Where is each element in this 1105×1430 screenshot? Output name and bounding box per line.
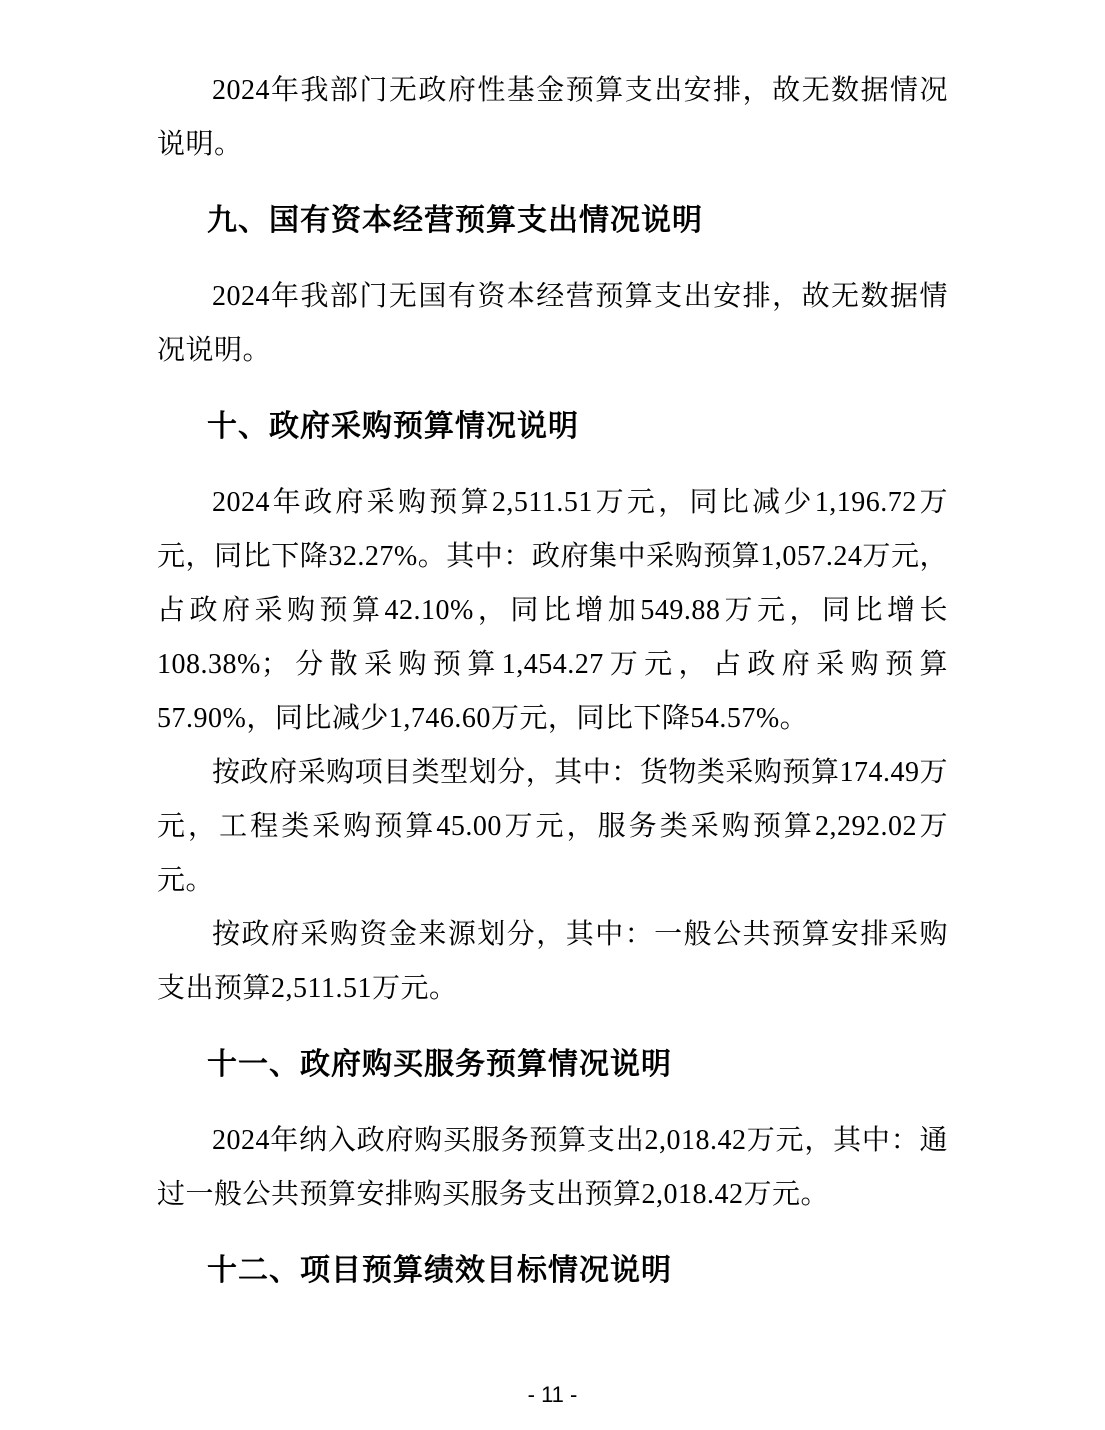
document-content: 2024年我部门无政府性基金预算支出安排，故无数据情况说明。 九、国有资本经营预… <box>157 64 948 1320</box>
paragraph-procurement-totals: 2024年政府采购预算2,511.51万元，同比减少1,196.72万元，同比下… <box>157 476 948 746</box>
section-heading-11-purchased-services: 十一、政府购买服务预算情况说明 <box>157 1038 948 1092</box>
page-number: - 11 - <box>528 1382 578 1407</box>
paragraph-procurement-by-fund-source: 按政府采购资金来源划分，其中：一般公共预算安排采购支出预算2,511.51万元。 <box>157 908 948 1016</box>
paragraph-procurement-by-project-type: 按政府采购项目类型划分，其中：货物类采购预算174.49万元，工程类采购预算45… <box>157 746 948 908</box>
document-page: 2024年我部门无政府性基金预算支出安排，故无数据情况说明。 九、国有资本经营预… <box>0 0 1105 1430</box>
section-heading-10-gov-procurement: 十、政府采购预算情况说明 <box>157 400 948 454</box>
paragraph-purchased-services-budget: 2024年纳入政府购买服务预算支出2,018.42万元，其中：通过一般公共预算安… <box>157 1114 948 1222</box>
section-heading-12-performance-targets: 十二、项目预算绩效目标情况说明 <box>157 1244 948 1298</box>
paragraph-no-state-capital-budget: 2024年我部门无国有资本经营预算支出安排，故无数据情况说明。 <box>157 270 948 378</box>
page-footer: - 11 - <box>0 1380 1105 1410</box>
section-heading-9-state-capital: 九、国有资本经营预算支出情况说明 <box>157 194 948 248</box>
paragraph-no-gov-fund-budget: 2024年我部门无政府性基金预算支出安排，故无数据情况说明。 <box>157 64 948 172</box>
